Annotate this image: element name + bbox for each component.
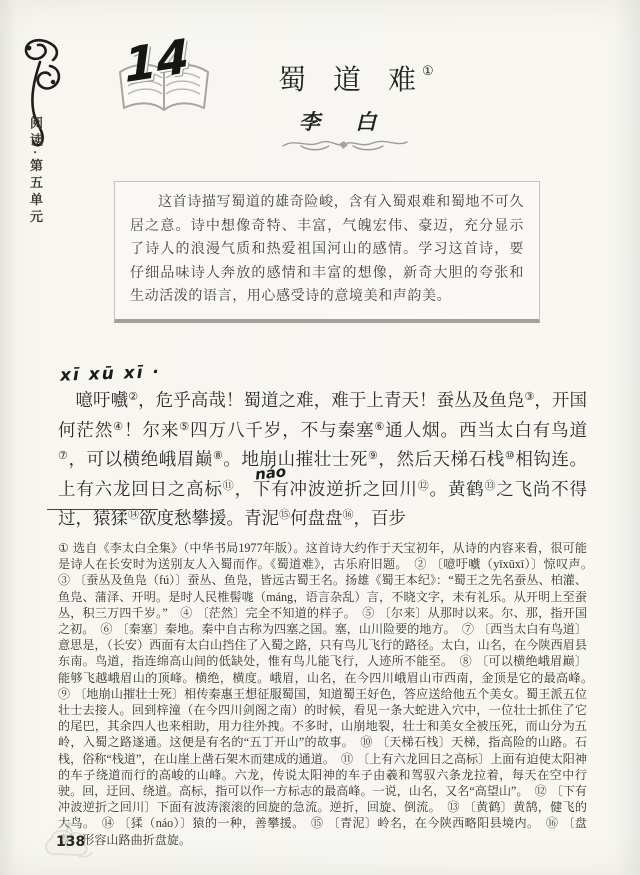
sidebar-unit-label: 阅读·第五单元 (26, 116, 45, 226)
author-name: 李 白 (299, 106, 391, 136)
footnote-number: ⑬ (447, 800, 463, 814)
footnote-number: ⑮ (311, 816, 327, 830)
footnote-number: ⑪ (341, 752, 357, 766)
footnote-number: ⑩ (360, 735, 376, 749)
footnotes-text: ①选自《李太白全集》（中华书局1977年版）。这首诗大约作于天宝初年，从诗的内容… (58, 540, 587, 848)
poem-footnote-ref: ⑩ (505, 450, 515, 462)
lesson-number: 14 (123, 29, 190, 94)
footnote-number: ⑨ (58, 687, 74, 701)
handwritten-pinyin-xixuxi: xī xū xī · (60, 362, 162, 386)
poem-footnote-ref: ⑥ (374, 421, 385, 433)
intro-text: 这首诗描写蜀道的雄奇险峻，含有入蜀艰难和蜀地不可久居之意。诗中想像奇特、丰富，气… (130, 191, 524, 309)
page-number: 138 (56, 834, 85, 850)
textbook-page: 阅读·第五单元 14 蜀道难① 李 白 这首诗描写蜀道的雄奇险峻，含有入蜀艰难和… (0, 0, 640, 875)
poem-footnote-ref: ④ (113, 421, 124, 433)
page-number-block: 138 (38, 818, 118, 864)
footnote-number: ⑥ (100, 622, 116, 636)
footnote-number: ② (414, 557, 430, 571)
poem-text: 噫吁嚱②，危乎高哉！蜀道之难，难于上青天！蚕丛及鱼凫③，开国何茫然④！尔来⑤四万… (58, 386, 587, 534)
footnote-number: ⑯ (546, 816, 562, 830)
footnote-number: ⑫ (535, 784, 551, 798)
poem-footnote-ref: ⑦ (58, 450, 68, 462)
poem-footnote-ref: ⑬ (484, 480, 496, 492)
poem-footnote-ref: ⑫ (418, 480, 430, 492)
footnote-number: ① (58, 541, 73, 555)
poem-footnote-ref: ⑪ (223, 480, 235, 492)
poem-footnote-ref: ⑭ (128, 509, 139, 521)
page-title-text: 蜀道难 (278, 65, 443, 96)
poem-footnote-ref: ⑯ (343, 509, 354, 521)
poem-footnote-ref: ⑮ (279, 509, 290, 521)
footnote-number: ⑤ (362, 606, 378, 620)
lesson-number-badge: 14 (106, 34, 224, 126)
page-title: 蜀道难① (278, 58, 434, 98)
poem-footnote-ref: ② (128, 391, 138, 403)
poem-footnote-ref: ⑨ (368, 450, 378, 462)
footnote-number: ④ (180, 606, 196, 620)
poem-footnote-ref: ⑧ (213, 450, 223, 462)
footnote-number: ⑧ (460, 654, 476, 668)
footnote-separator (47, 509, 158, 510)
author-flourish-icon (281, 134, 409, 159)
poem-footnote-ref: ⑤ (179, 421, 190, 433)
footnote-number: ③ (58, 573, 74, 587)
poem-footnote-ref: ③ (524, 391, 534, 403)
footnote-number: ⑦ (462, 622, 478, 636)
intro-box: 这首诗描写蜀道的雄奇险峻，含有入蜀艰难和蜀地不可久居之意。诗中想像奇特、丰富，气… (114, 181, 540, 323)
title-footnote-ref: ① (422, 63, 434, 78)
